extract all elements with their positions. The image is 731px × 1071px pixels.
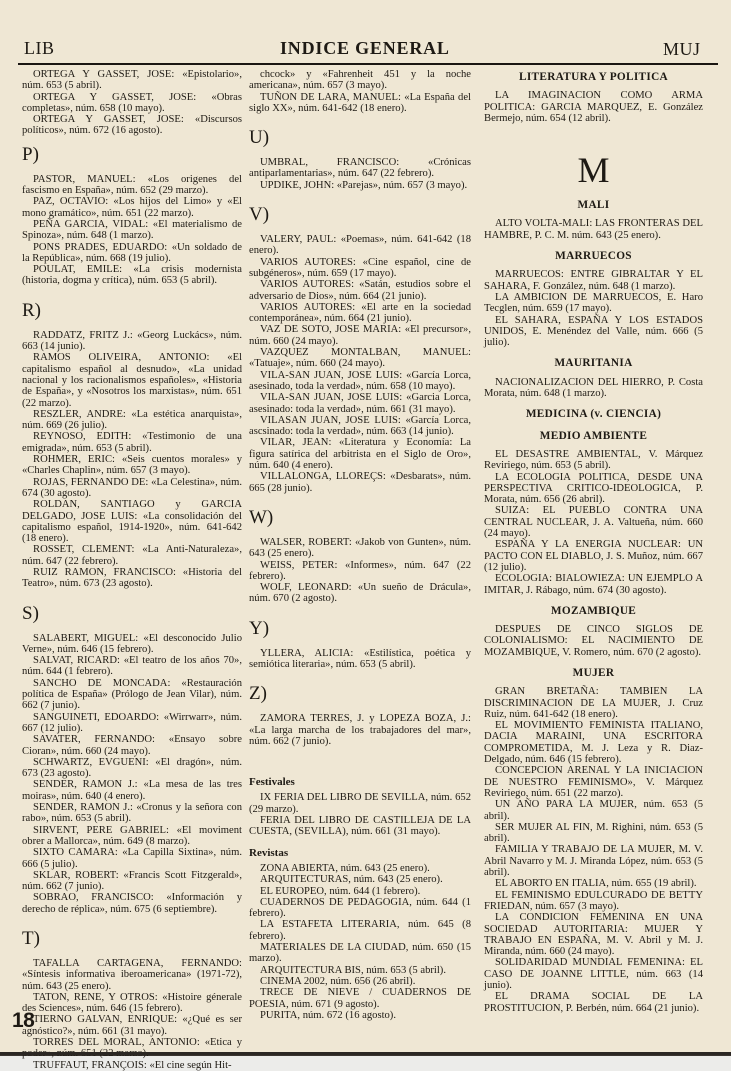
index-entry: SALVAT, RICARD: «El teatro de los años 7… [22, 655, 242, 678]
index-entry: ORTEGA Y GASSET, JOSE: «Epistolario», nú… [22, 69, 242, 92]
topic-block: MAURITANIANACIONALIZACION DEL HIERRO, P.… [484, 358, 703, 399]
section-letter: U) [249, 128, 471, 148]
index-entry: EL MOVIMIENTO FEMINISTA ITALIANO, DACIA … [484, 720, 703, 765]
index-entry: PURITA, núm. 672 (16 agosto). [249, 1010, 471, 1021]
index-entry: SENDER, RAMON J.: «Cronus y la señora co… [22, 802, 242, 825]
topic-heading: MARRUECOS [484, 251, 703, 262]
index-entry: VILAR, JEAN: «Literatura y Economía: La … [249, 437, 471, 471]
letter-section: S)SALABERT, MIGUEL: «El desconocido Juli… [22, 604, 242, 915]
index-entry: EL SAHARA, ESPAÑA Y LOS ESTADOS UNIDOS, … [484, 315, 703, 349]
index-entry: REYNOSO, EDITH: «Testimonio de una emigr… [22, 431, 242, 454]
section-letter: Y) [249, 619, 471, 639]
subsection-heading: Festivales [249, 777, 471, 788]
index-entry: RUIZ RAMON, FRANCISCO: «Historia del Tea… [22, 567, 242, 590]
topic-heading: MOZAMBIQUE [484, 606, 703, 617]
topic-heading: MUJER [484, 668, 703, 679]
index-entry: EL DRAMA SOCIAL DE LA PROSTITUCION, P. B… [484, 991, 703, 1014]
index-entry: chcock» y «Fahrenheit 451 y la noche ame… [249, 69, 471, 92]
index-entry: PONS PRADES, EDUARDO: «Un soldado de la … [22, 242, 242, 265]
index-entry: MARRUECOS: ENTRE GIBRALTAR Y EL SAHARA, … [484, 269, 703, 292]
index-entry: PAZ, OCTAVIO: «Los hijos del Limo» y «El… [22, 196, 242, 219]
index-entry: VALERY, PAUL: «Poemas», núm. 641-642 (18… [249, 234, 471, 257]
index-entry: UMBRAL, FRANCISCO: «Crónicas antiparlame… [249, 157, 471, 180]
column-1: ORTEGA Y GASSET, JOSE: «Epistolario», nú… [22, 69, 242, 1071]
index-entry: UN AÑO PARA LA MUJER, núm. 653 (5 abril)… [484, 799, 703, 822]
index-entry: SCHWARTZ, EVGUENI: «El dragón», núm. 673… [22, 757, 242, 780]
letter-section: T)TAFALLA CARTAGENA, FERNANDO: «Síntesis… [22, 929, 242, 1071]
letter-section: U)UMBRAL, FRANCISCO: «Crónicas antiparla… [249, 128, 471, 191]
index-entry: LA IMAGINACION COMO ARMA POLITICA: GARCI… [484, 90, 703, 124]
letter-section: Z)ZAMORA TERRES, J. y LOPEZA BOZA, J.: «… [249, 684, 471, 747]
index-entry: GRAN BRETAÑA: TAMBIEN LA DISCRIMINACION … [484, 686, 703, 720]
letter-section: W)WALSER, ROBERT: «Jakob von Gunten», nú… [249, 508, 471, 605]
index-entry: WOLF, LEONARD: «Un sueño de Drácula», nú… [249, 582, 471, 605]
column-3: LITERATURA Y POLITICALA IMAGINACION COMO… [484, 69, 703, 1014]
topic-heading: MAURITANIA [484, 358, 703, 369]
topic-block: MARRUECOSMARRUECOS: ENTRE GIBRALTAR Y EL… [484, 251, 703, 348]
index-entry: TAFALLA CARTAGENA, FERNANDO: «Síntesis i… [22, 958, 242, 992]
index-entry: LA CONDICION FEMENINA EN UNA SOCIEDAD AU… [484, 912, 703, 957]
index-entry: SER MUJER AL FIN, M. Righini, núm. 653 (… [484, 822, 703, 845]
index-entry: ROSSET, CLEMENT: «La Anti-Naturaleza», n… [22, 544, 242, 567]
index-entry: RESZLER, ANDRE: «La estética anarquista»… [22, 409, 242, 432]
index-entry: YLLERA, ALICIA: «Estilística, poética y … [249, 648, 471, 671]
page-title: INDICE GENERAL [280, 38, 450, 59]
index-entry: ESPAÑA Y LA ENERGIA NUCLEAR: UN PACTO CO… [484, 539, 703, 573]
letter-section: Y)YLLERA, ALICIA: «Estilística, poética … [249, 619, 471, 671]
index-entry: SANGUINETI, EDOARDO: «Wirrwarr», núm. 66… [22, 712, 242, 735]
section-letter: R) [22, 301, 242, 321]
index-entry: VILA-SAN JUAN, JOSE LUIS: «Garcia Lorca,… [249, 392, 471, 415]
index-entry: FAMILIA Y TRABAJO DE LA MUJER, M. V. Abr… [484, 844, 703, 878]
index-entry: RAMOS OLIVEIRA, ANTONIO: «El capitalismo… [22, 352, 242, 408]
section-letter: Z) [249, 684, 471, 704]
index-entry: EL DESASTRE AMBIENTAL, V. Márquez Reviri… [484, 449, 703, 472]
topic-heading: LITERATURA Y POLITICA [484, 72, 703, 83]
index-entry: SAVATER, FERNANDO: «Ensayo sobre Cioran»… [22, 734, 242, 757]
index-entry: CINEMA 2002, núm. 656 (26 abril). [249, 976, 471, 987]
index-entry: ORTEGA Y GASSET, JOSE: «Obras completas»… [22, 92, 242, 115]
index-entry: TORRES DEL MORAL, ANTONIO: «Etica y pode… [22, 1037, 242, 1060]
index-entry: EL ABORTO EN ITALIA, núm. 655 (19 abril)… [484, 878, 703, 889]
subsection-heading: Revistas [249, 848, 471, 859]
index-entry: PEÑA GARCIA, VIDAL: «El materialismo de … [22, 219, 242, 242]
page-header: LIB INDICE GENERAL MUJ [0, 0, 731, 66]
column-2: chcock» y «Fahrenheit 451 y la noche ame… [249, 69, 471, 1021]
right-guide-word: MUJ [663, 39, 701, 60]
index-entry: EL FEMINISMO EDULCURADO DE BETTY FRIEDAN… [484, 890, 703, 913]
index-entry: ZAMORA TERRES, J. y LOPEZA BOZA, J.: «La… [249, 713, 471, 747]
index-page: LIB INDICE GENERAL MUJ ORTEGA Y GASSET, … [0, 0, 731, 1054]
index-entry: SANCHO DE MONCADA: «Restauración polític… [22, 678, 242, 712]
index-entry: ORTEGA Y GASSET, JOSE: «Discursos políti… [22, 114, 242, 137]
index-entry: TATON, RENE, Y OTROS: «Histoire génerale… [22, 992, 242, 1015]
letter-section: R)RADDATZ, FRITZ J.: «Georg Luckács», nú… [22, 301, 242, 590]
letter-section: P)PASTOR, MANUEL: «Los origenes del fasc… [22, 145, 242, 287]
topic-block: MEDIO AMBIENTEEL DESASTRE AMBIENTAL, V. … [484, 431, 703, 596]
index-entry: ARQUITECTURA BIS, núm. 653 (5 abril). [249, 965, 471, 976]
index-entry: TRECE DE NIEVE / CUADERNOS DE POESIA, nú… [249, 987, 471, 1010]
index-entry: FERIA DEL LIBRO DE CASTILLEJA DE LA CUES… [249, 815, 471, 838]
section-letter: P) [22, 145, 242, 165]
index-entry: MATERIALES DE LA CIUDAD, núm. 650 (15 ma… [249, 942, 471, 965]
index-entry: ROHMER, ERIC: «Seis cuentos morales» y «… [22, 454, 242, 477]
index-entry: ECOLOGIA: BIALOWIEZA: UN EJEMPLO A IMITA… [484, 573, 703, 596]
index-entry: VILA-SAN JUAN, JOSE LUIS: «García Lorca,… [249, 370, 471, 393]
header-rule [18, 63, 718, 65]
index-entry: TUÑON DE LARA, MANUEL: «La España del si… [249, 92, 471, 115]
section-letter: W) [249, 508, 471, 528]
index-entry: VARIOS AUTORES: «Satán, estudios sobre e… [249, 279, 471, 302]
index-entry: SIRVENT, PERE GABRIEL: «El moviment obre… [22, 825, 242, 848]
subsection-revistas: RevistasZONA ABIERTA, núm. 643 (25 enero… [249, 848, 471, 1021]
topic-block: MUJERGRAN BRETAÑA: TAMBIEN LA DISCRIMINA… [484, 668, 703, 1014]
index-entry: ROLDAN, SANTIAGO y GARCIA DELGADO, JOSE … [22, 499, 242, 544]
topic-heading: MALI [484, 200, 703, 211]
index-entry: ROJAS, FERNANDO DE: «La Celestina», núm.… [22, 477, 242, 500]
page-number: 18 [12, 1009, 34, 1033]
section-letter: V) [249, 205, 471, 225]
left-guide-word: LIB [24, 38, 55, 59]
index-entry: EL EUROPEO, núm. 644 (1 febrero). [249, 886, 471, 897]
topic-block: MOZAMBIQUEDESPUES DE CINCO SIGLOS DE COL… [484, 606, 703, 658]
index-entry: SIXTO CAMARA: «La Capilla Sixtina», núm.… [22, 847, 242, 870]
topic-block: MEDICINA (v. CIENCIA) [484, 409, 703, 420]
spacer [249, 747, 471, 767]
index-entry: SKLAR, ROBERT: «Francis Scott Fitzgerald… [22, 870, 242, 893]
index-entry: LA ESTAFETA LITERARIA, núm. 645 (8 febre… [249, 919, 471, 942]
index-entry: ARQUITECTURAS, núm. 643 (25 enero). [249, 874, 471, 885]
index-entry: PASTOR, MANUEL: «Los origenes del fascis… [22, 174, 242, 197]
index-entry: ALTO VOLTA-MALI: LAS FRONTERAS DEL HAMBR… [484, 218, 703, 241]
index-entry: TIERNO GALVAN, ENRIQUE: «¿Qué es ser agn… [22, 1014, 242, 1037]
index-entry: SUIZA: EL PUEBLO CONTRA UNA CENTRAL NUCL… [484, 505, 703, 539]
index-entry: VILASAN JUAN, JOSE LUIS: «García Lorca, … [249, 415, 471, 438]
index-entry: VARIOS AUTORES: «Cine español, cine de s… [249, 257, 471, 280]
index-entry: NACIONALIZACION DEL HIERRO, P. Costa Mor… [484, 377, 703, 400]
index-entry: VAZQUEZ MONTALBAN, MANUEL: «Tatuaje», nú… [249, 347, 471, 370]
index-entry: LA ECOLOGIA POLITICA, DESDE UNA PERSPECT… [484, 472, 703, 506]
index-entry: DESPUES DE CINCO SIGLOS DE COLONIALISMO:… [484, 624, 703, 658]
letter-section: V)VALERY, PAUL: «Poemas», núm. 641-642 (… [249, 205, 471, 494]
index-entry: WALSER, ROBERT: «Jakob von Gunten», núm.… [249, 537, 471, 560]
topic-literatura-y-politica: LITERATURA Y POLITICALA IMAGINACION COMO… [484, 72, 703, 124]
index-entry: SALABERT, MIGUEL: «El desconocido Julio … [22, 633, 242, 656]
index-entry: VAZ DE SOTO, JOSE MARIA: «El precursor»,… [249, 324, 471, 347]
index-entry: UPDIKE, JOHN: «Parejas», núm. 657 (3 may… [249, 180, 471, 191]
section-big-letter: M [484, 150, 703, 190]
index-entry: SENDER, RAMON J.: «La mesa de las tres m… [22, 779, 242, 802]
section-letter: S) [22, 604, 242, 624]
index-entry: LA AMBICION DE MARRUECOS, E. Haro Tecgle… [484, 292, 703, 315]
subsection-festivales: FestivalesIX FERIA DEL LIBRO DE SEVILLA,… [249, 777, 471, 837]
topic-block: MALIALTO VOLTA-MALI: LAS FRONTERAS DEL H… [484, 200, 703, 241]
topic-heading: MEDICINA (v. CIENCIA) [484, 409, 703, 420]
index-entry: IX FERIA DEL LIBRO DE SEVILLA, núm. 652 … [249, 792, 471, 815]
index-entry: WEISS, PETER: «Informes», núm. 647 (22 f… [249, 560, 471, 583]
topic-heading: MEDIO AMBIENTE [484, 431, 703, 442]
index-entry: SOLIDARIDAD MUNDIAL FEMENINA: EL CASO DE… [484, 957, 703, 991]
index-entry: RADDATZ, FRITZ J.: «Georg Luckács», núm.… [22, 330, 242, 353]
index-entry: VARIOS AUTORES: «El arte en la sociedad … [249, 302, 471, 325]
index-entry: CONCEPCION ARENAL Y LA INICIACION DE NUE… [484, 765, 703, 799]
index-entry: POULAT, EMILE: «La crisis modernista (hi… [22, 264, 242, 287]
index-entry: CUADERNOS DE PEDAGOGIA, núm. 644 (1 febr… [249, 897, 471, 920]
index-entry: ZONA ABIERTA, núm. 643 (25 enero). [249, 863, 471, 874]
index-entry: TRUFFAUT, FRANÇOIS: «El cine según Hit- [22, 1060, 242, 1071]
section-letter: T) [22, 929, 242, 949]
page-edge [0, 1052, 731, 1055]
index-entry: VILLALONGA, LLOREÇS: «Desbarats», núm. 6… [249, 471, 471, 494]
index-entry: SOBRAO, FRANCISCO: «Información y derech… [22, 892, 242, 915]
